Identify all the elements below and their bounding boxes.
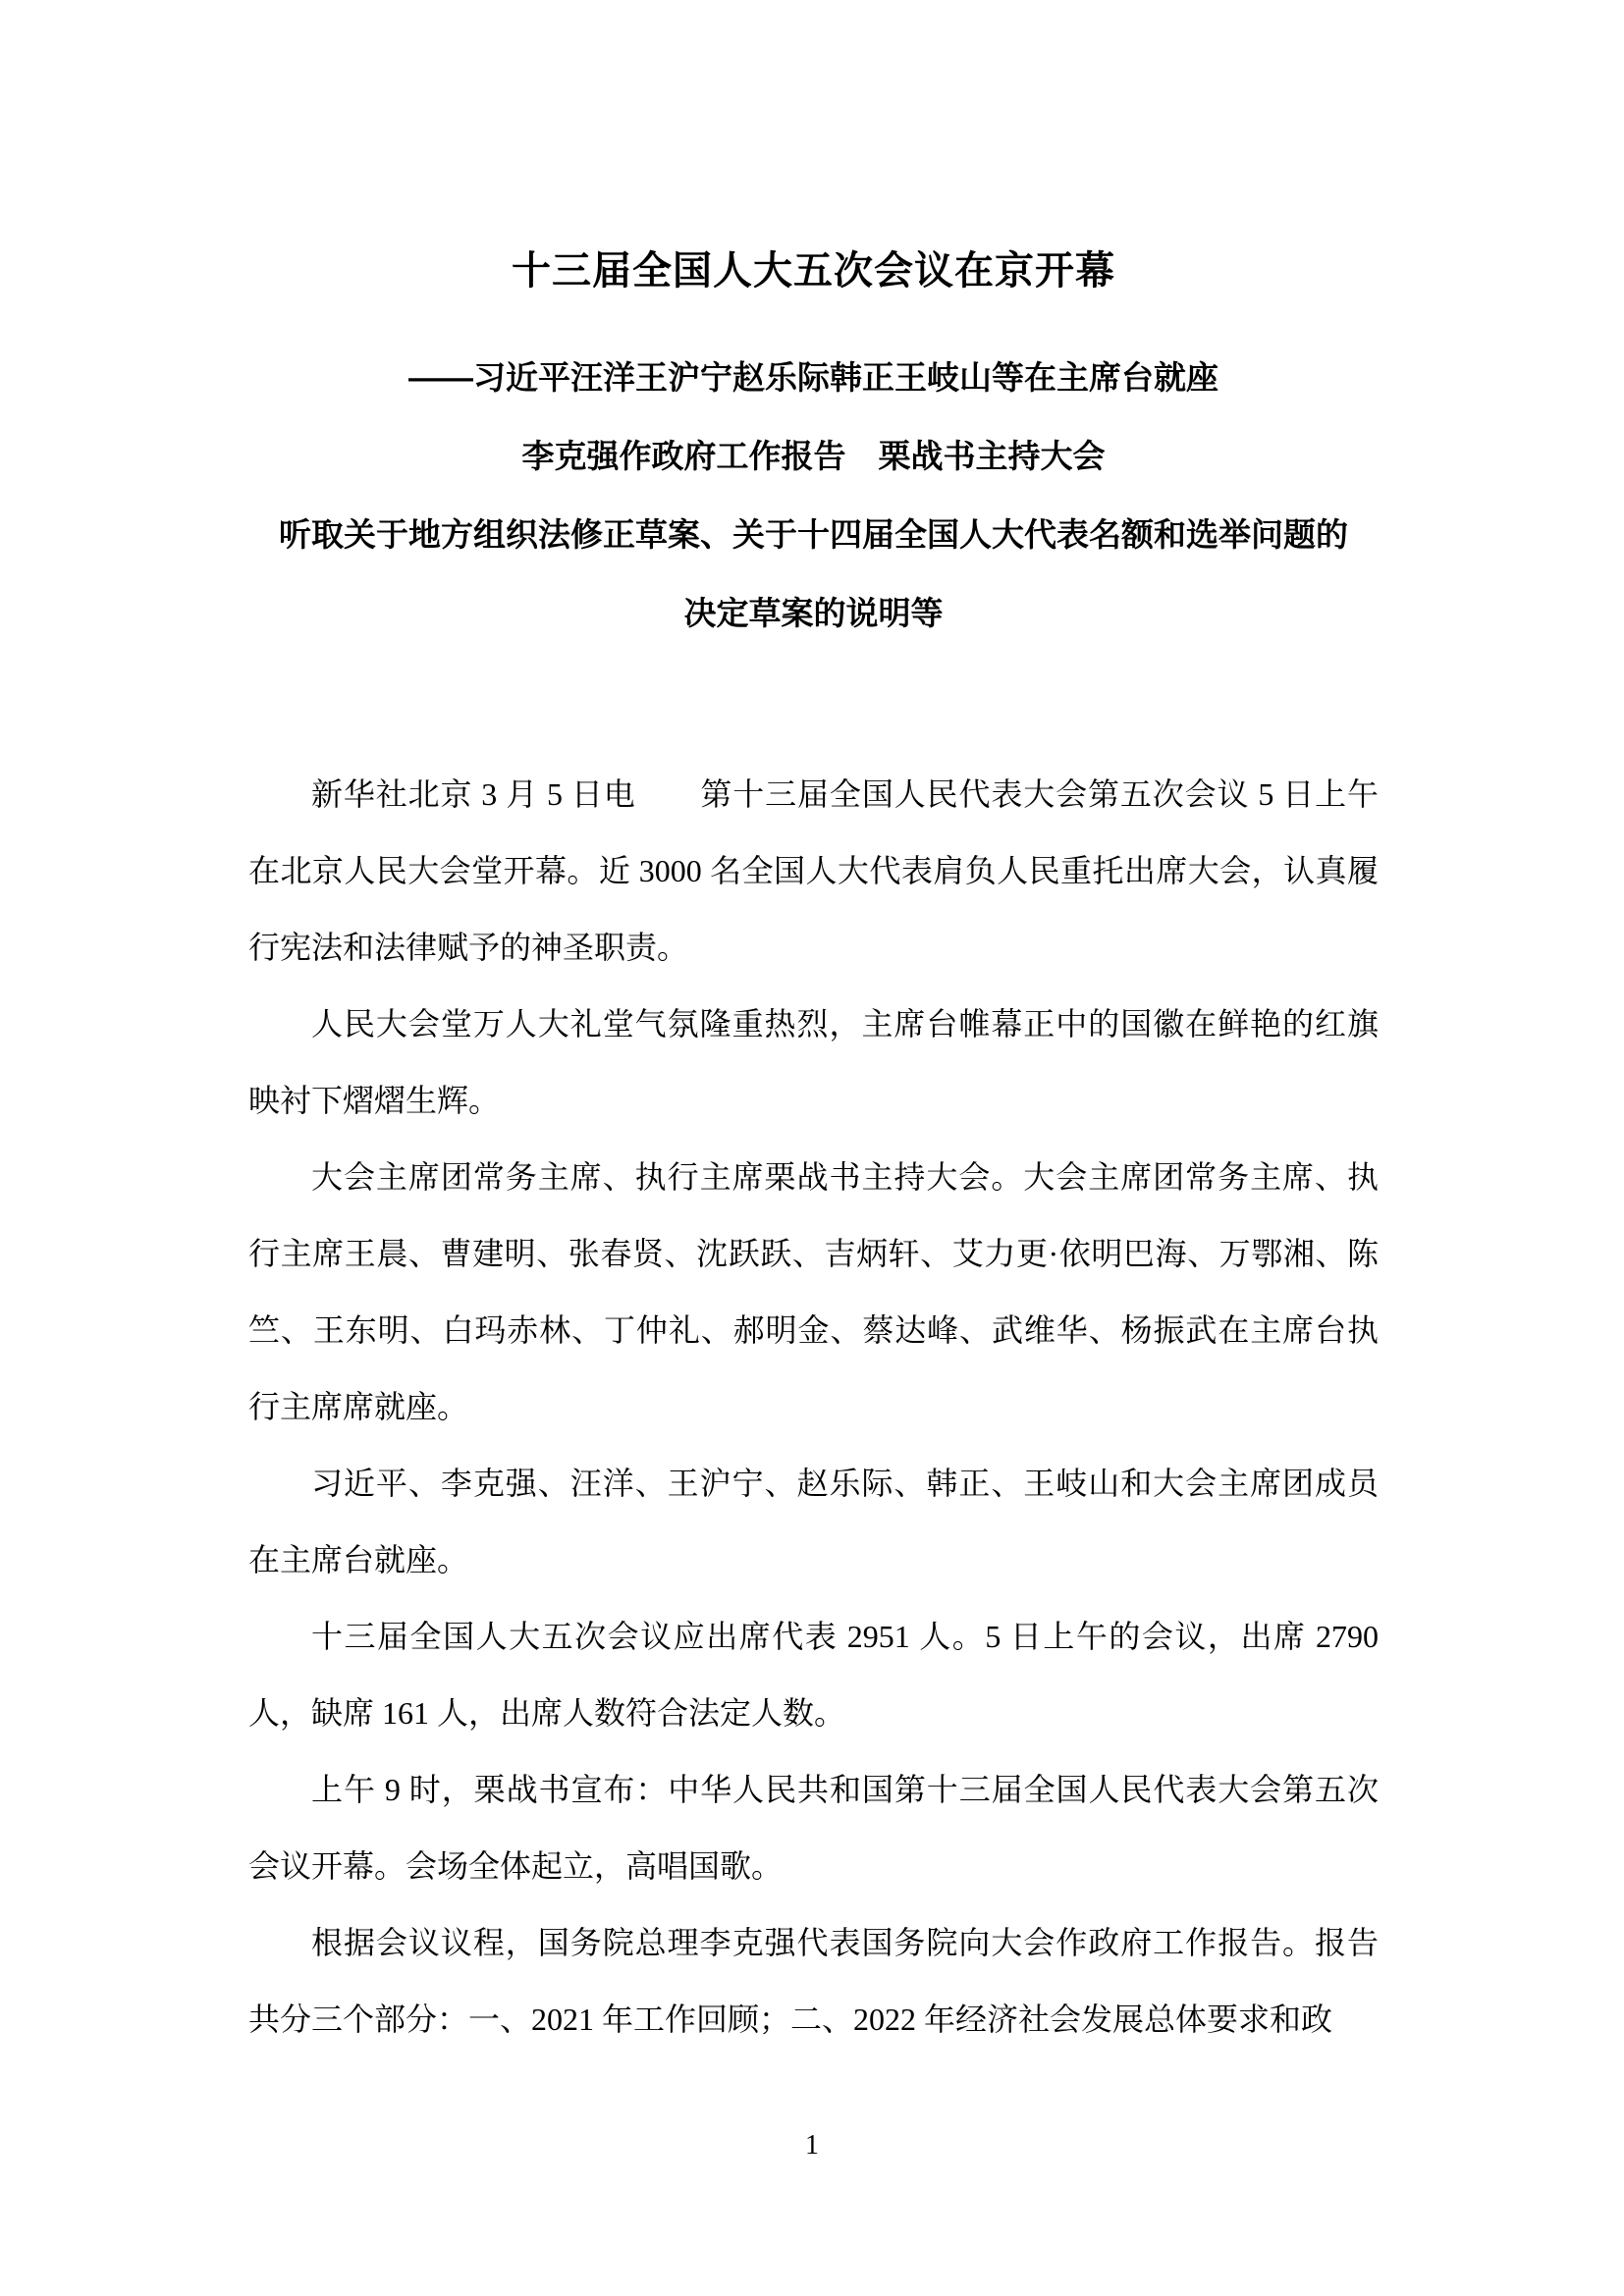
document-subtitle-line: 李克强作政府工作报告 栗战书主持大会 xyxy=(248,417,1379,496)
body-paragraph: 上午 9 时，栗战书宣布：中华人民共和国第十三届全国人民代表大会第五次会议开幕。… xyxy=(248,1751,1379,1904)
body-paragraph: 新华社北京 3 月 5 日电 第十三届全国人民代表大会第五次会议 5 日上午在北… xyxy=(248,756,1379,986)
document-content: 十三届全国人大五次会议在京开幕 ——习近平汪洋王沪宁赵乐际韩正王岐山等在主席台就… xyxy=(248,0,1379,2057)
document-title: 十三届全国人大五次会议在京开幕 xyxy=(248,247,1379,294)
page-number: 1 xyxy=(0,2128,1624,2163)
document-subtitle-line: 听取关于地方组织法修正草案、关于十四届全国人大代表名额和选举问题的 xyxy=(248,496,1379,574)
document-subtitle-line: 决定草案的说明等 xyxy=(248,574,1379,653)
body-paragraph: 根据会议议程，国务院总理李克强代表国务院向大会作政府工作报告。报告共分三个部分：… xyxy=(248,1904,1379,2057)
body-paragraph: 大会主席团常务主席、执行主席栗战书主持大会。大会主席团常务主席、执行主席王晨、曹… xyxy=(248,1139,1379,1445)
body-paragraph: 十三届全国人大五次会议应出席代表 2951 人。5 日上午的会议，出席 2790… xyxy=(248,1598,1379,1751)
document-body: 新华社北京 3 月 5 日电 第十三届全国人民代表大会第五次会议 5 日上午在北… xyxy=(248,756,1379,2057)
document-subtitle-line: ——习近平汪洋王沪宁赵乐际韩正王岐山等在主席台就座 xyxy=(248,339,1379,417)
body-paragraph: 人民大会堂万人大礼堂气氛隆重热烈，主席台帷幕正中的国徽在鲜艳的红旗映衬下熠熠生辉… xyxy=(248,986,1379,1139)
document-subtitle-block: ——习近平汪洋王沪宁赵乐际韩正王岐山等在主席台就座 李克强作政府工作报告 栗战书… xyxy=(248,339,1379,653)
document-page: 十三届全国人大五次会议在京开幕 ——习近平汪洋王沪宁赵乐际韩正王岐山等在主席台就… xyxy=(0,0,1624,2296)
body-paragraph: 习近平、李克强、汪洋、王沪宁、赵乐际、韩正、王岐山和大会主席团成员在主席台就座。 xyxy=(248,1445,1379,1598)
